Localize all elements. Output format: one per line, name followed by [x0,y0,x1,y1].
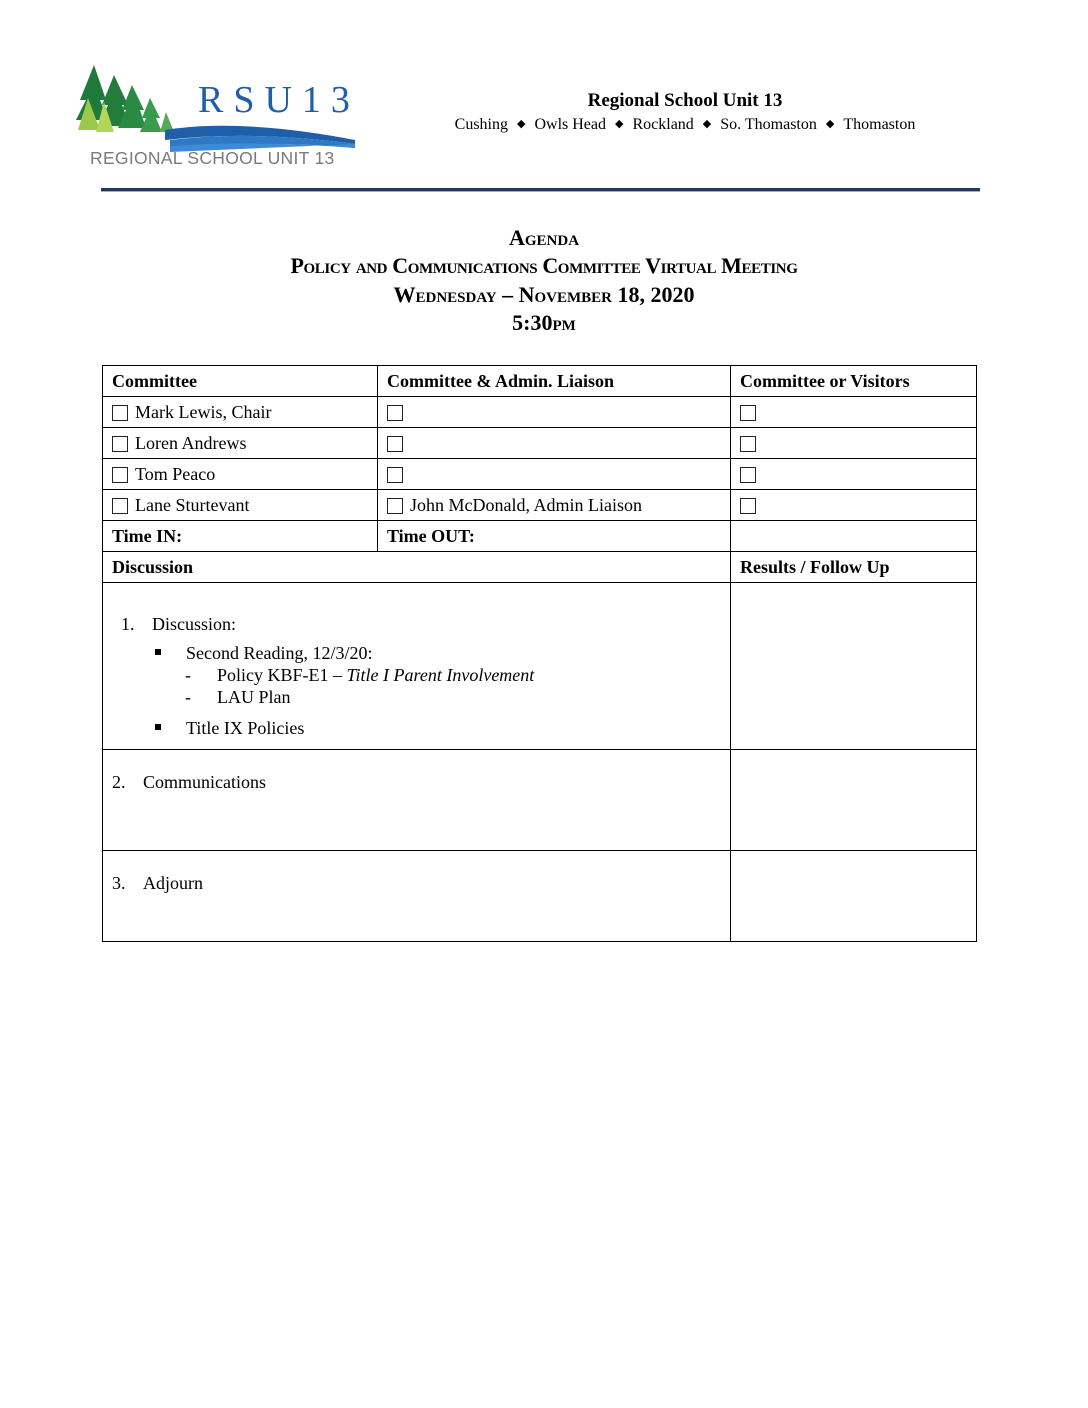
checkbox[interactable] [112,405,128,421]
column-header: Committee or Visitors [731,366,977,397]
liaison-cell: John McDonald, Admin Liaison [378,490,731,521]
checkbox[interactable] [740,405,756,421]
liaison-cell [378,428,731,459]
meeting-time: 5:30pm [0,310,1088,336]
checkbox[interactable] [387,467,403,483]
attendance-row: Lane Sturtevant John McDonald, Admin Lia… [103,490,977,521]
logo-text: RSU13 [198,78,360,122]
checkbox[interactable] [112,436,128,452]
results-cell [731,583,977,750]
results-header: Results / Follow Up [731,552,977,583]
town: Cushing [455,116,508,133]
agenda-item: 1.Discussion: [112,594,721,635]
agenda-table: Committee Committee & Admin. Liaison Com… [102,365,977,942]
results-cell [731,851,977,942]
column-header: Committee & Admin. Liaison [378,366,731,397]
discussion-header-row: Discussion Results / Follow Up [103,552,977,583]
agenda-heading: Agenda [0,225,1088,251]
checkbox[interactable] [740,498,756,514]
attendance-row: Mark Lewis, Chair [103,397,977,428]
time-out-label: Time OUT: [378,521,731,552]
liaison-name: John McDonald, Admin Liaison [410,495,642,515]
dash-bullet-icon: - [121,664,217,686]
attendance-header-row: Committee Committee & Admin. Liaison Com… [103,366,977,397]
committee-cell: Loren Andrews [103,428,378,459]
square-bullet-icon [155,724,161,730]
committee-cell: Lane Sturtevant [103,490,378,521]
visitors-cell [731,428,977,459]
item-number: 3. [112,873,143,894]
discussion-header: Discussion [103,552,731,583]
sub-sub-item: -Policy KBF-E1 – Title I Parent Involvem… [112,664,721,686]
column-header: Committee [103,366,378,397]
member-name: Loren Andrews [135,433,246,453]
sub-sub-item-text: LAU Plan [217,687,291,707]
sub-sub-item: -LAU Plan [112,686,721,708]
diamond-icon: ◆ [703,118,711,130]
checkbox[interactable] [387,498,403,514]
member-name: Tom Peaco [135,464,215,484]
liaison-cell [378,459,731,490]
visitors-cell [731,397,977,428]
time-row: Time IN: Time OUT: [103,521,977,552]
sub-item: Second Reading, 12/3/20: [112,643,721,664]
results-cell [731,750,977,851]
sub-item-label: Second Reading, 12/3/20: [186,643,372,663]
committee-cell: Tom Peaco [103,459,378,490]
diamond-icon: ◆ [826,118,834,130]
sub-item: Title IX Policies [112,718,721,739]
sub-item-label: Title IX Policies [186,718,304,738]
agenda-item-row: 3.Adjourn [103,851,977,942]
agenda-item-row: 2.Communications [103,750,977,851]
diamond-icon: ◆ [517,118,525,130]
item-label: Adjourn [143,873,203,893]
agenda-item-cell: 1.Discussion: Second Reading, 12/3/20: -… [103,583,731,750]
policy-title: Title I Parent Involvement [347,665,535,685]
committee-cell: Mark Lewis, Chair [103,397,378,428]
town-list: Cushing◆Owls Head◆Rockland◆So. Thomaston… [420,116,950,134]
org-name: Regional School Unit 13 [420,90,950,112]
item-number: 2. [112,772,143,793]
checkbox[interactable] [387,405,403,421]
time-in-label: Time IN: [103,521,378,552]
agenda-item-cell: 2.Communications [103,750,731,851]
time-blank-cell [731,521,977,552]
meeting-date: Wednesday – November 18, 2020 [0,282,1088,308]
attendance-row: Loren Andrews [103,428,977,459]
member-name: Lane Sturtevant [135,495,249,515]
square-bullet-icon [155,649,161,655]
checkbox[interactable] [387,436,403,452]
checkbox[interactable] [740,467,756,483]
liaison-cell [378,397,731,428]
item-label: Communications [143,772,266,792]
town: Rockland [632,116,693,133]
agenda-item-row: 1.Discussion: Second Reading, 12/3/20: -… [103,583,977,750]
item-number: 1. [121,614,152,635]
checkbox[interactable] [740,436,756,452]
logo-subtitle: REGIONAL SCHOOL UNIT 13 [90,148,335,169]
sub-sub-item-text: Policy KBF-E1 – [217,665,347,685]
checkbox[interactable] [112,498,128,514]
checkbox[interactable] [112,467,128,483]
item-label: Discussion: [152,614,236,634]
header-divider [101,188,980,192]
attendance-row: Tom Peaco [103,459,977,490]
visitors-cell [731,490,977,521]
agenda-item-cell: 3.Adjourn [103,851,731,942]
dash-bullet-icon: - [121,686,217,708]
town: So. Thomaston [720,116,817,133]
town: Owls Head [534,116,606,133]
rsu13-logo: RSU13 REGIONAL SCHOOL UNIT 13 [70,60,370,175]
member-name: Mark Lewis, Chair [135,402,271,422]
visitors-cell [731,459,977,490]
meeting-title: Policy and Communications Committee Virt… [0,253,1088,279]
town: Thomaston [843,116,915,133]
diamond-icon: ◆ [615,118,623,130]
